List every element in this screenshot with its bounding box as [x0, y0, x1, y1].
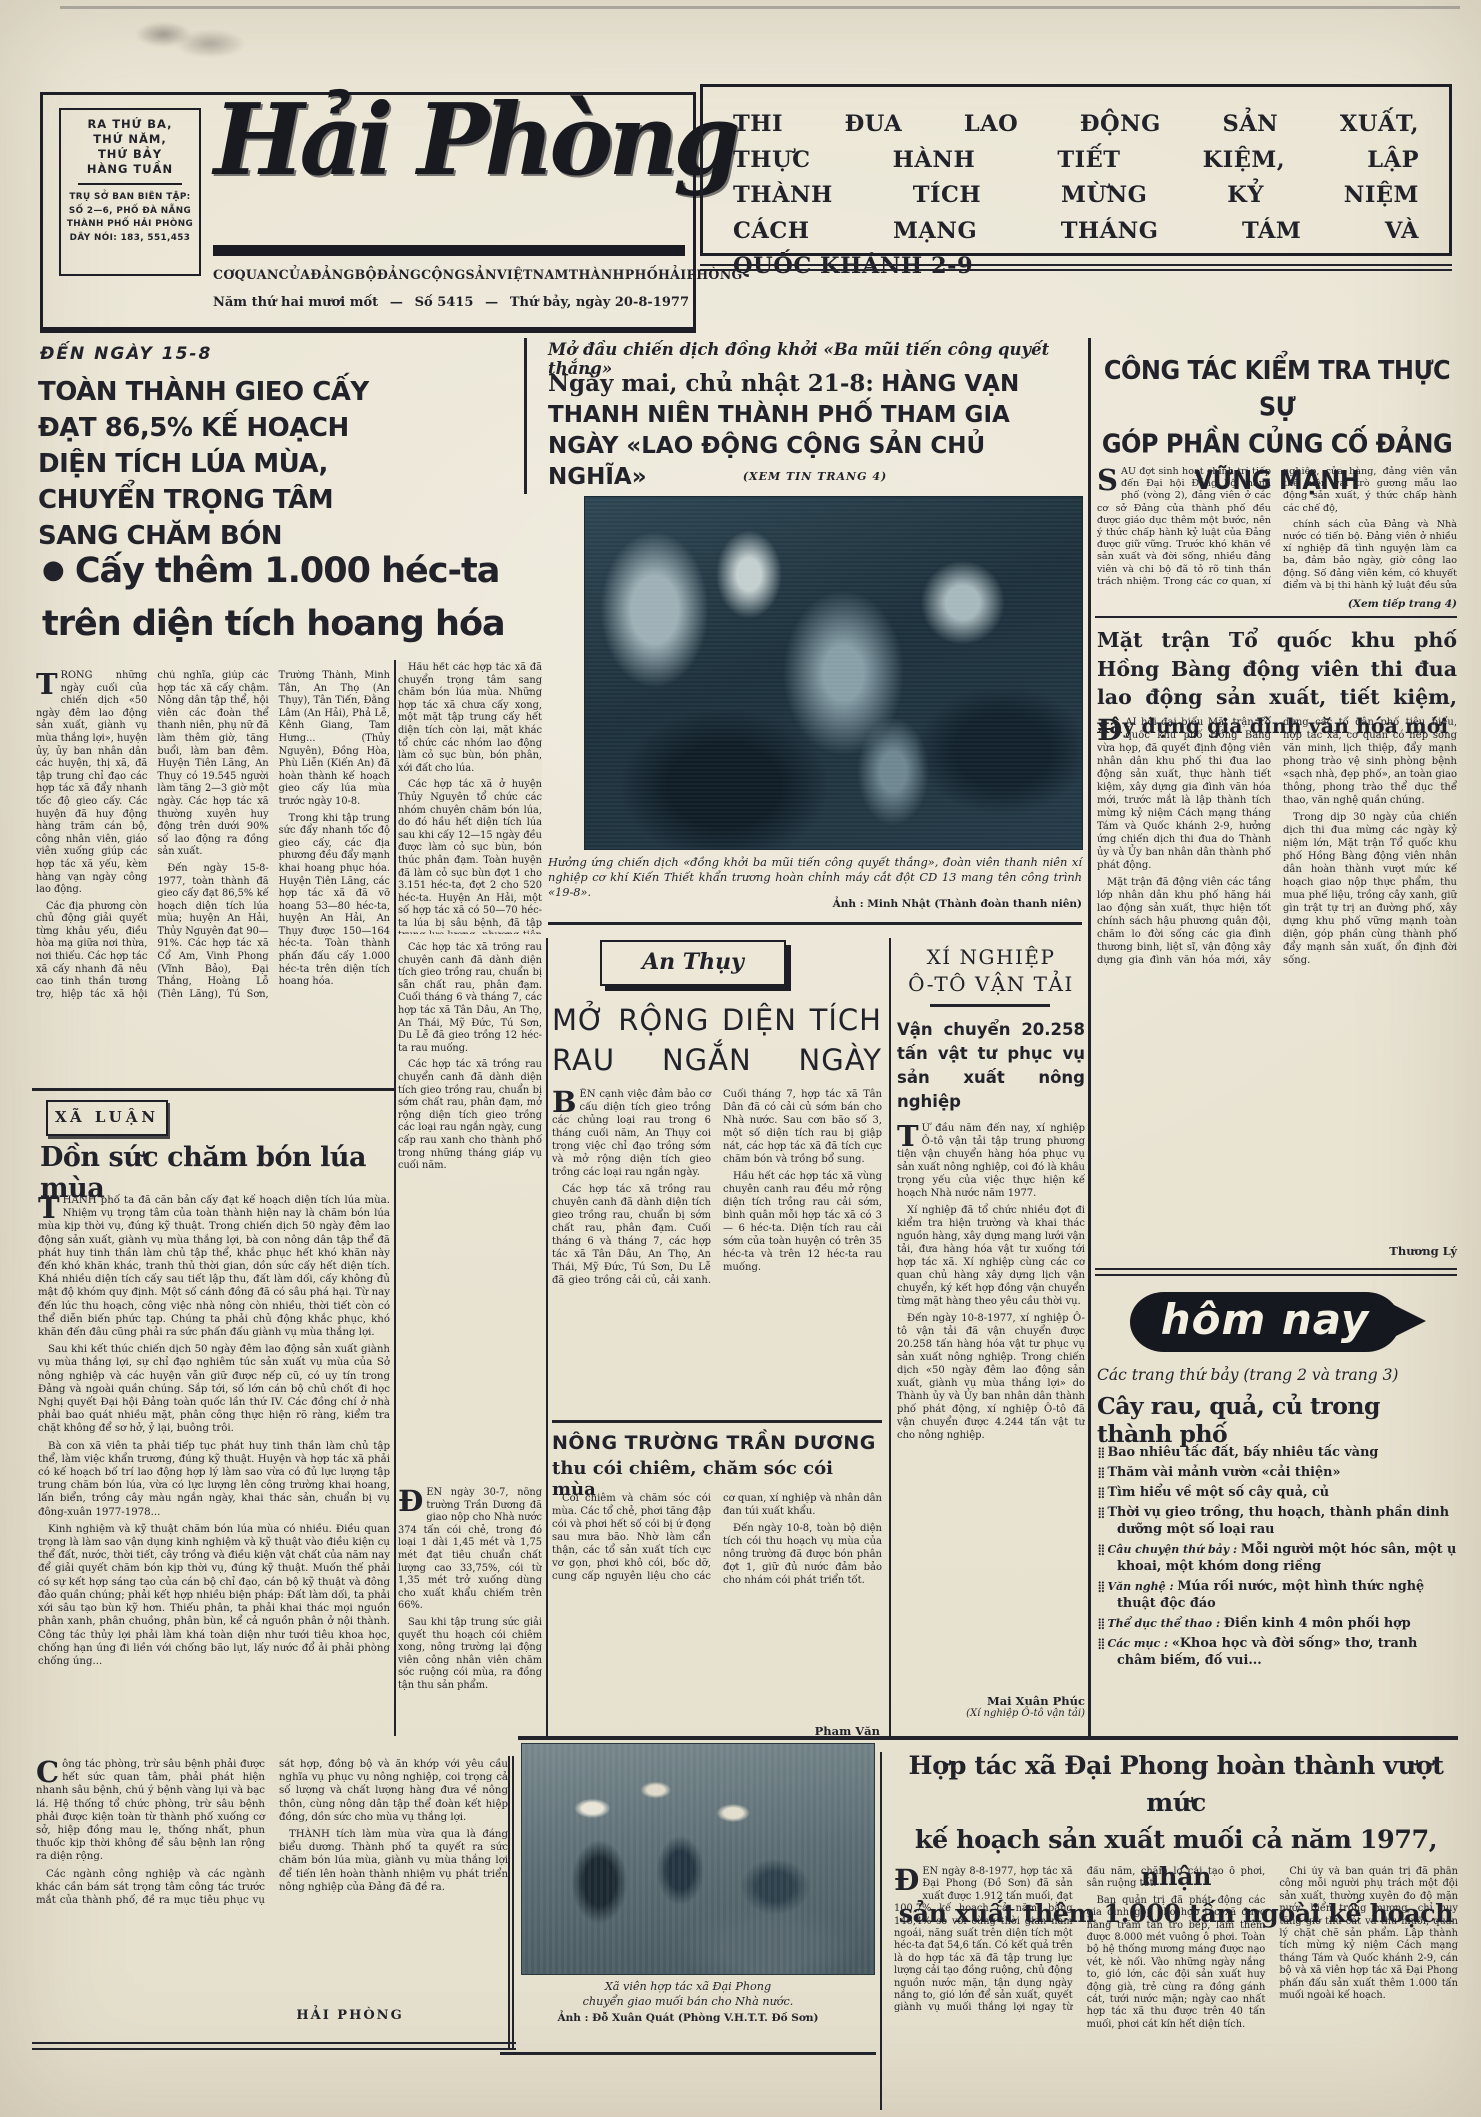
editorial-office-address: TRỤ SỞ BAN BIÊN TẬP:SỐ 2—6, PHỐ ĐÀ NẴNGT… [65, 191, 195, 245]
hom-nay-logo: hôm nay [1130, 1292, 1400, 1352]
farm-headline-line1: NÔNG TRƯỜNG TRẦN DƯƠNG [552, 1432, 882, 1454]
slogan-underline-rule [700, 264, 1452, 271]
hom-nay-headline: Cây rau, quả, củ trong thành phố [1097, 1392, 1457, 1448]
info-divider [78, 183, 182, 185]
section-rule [1095, 616, 1457, 618]
masthead-box: RA THỨ BA,THỨ NĂM,THỨ BẢYHÀNG TUẦN TRỤ S… [40, 92, 696, 330]
workshop-photo [585, 497, 1082, 849]
slogan-line: CÁCHMẠNGTHÁNGTÁMVÀ [733, 214, 1419, 250]
farm-side-column: ĐẾN ngày 30-7, nông trường Trần Dương đã… [398, 1487, 542, 1753]
publication-info-box: RA THỨ BA,THỨ NĂM,THỨ BẢYHÀNG TUẦN TRỤ S… [59, 108, 201, 276]
lead-headline: TOÀN THÀNH GIEO CẤY ĐẠT 86,5% KẾ HOẠCH D… [38, 374, 392, 554]
slogan-line: THÀNHTÍCHMỪNGKỶNIỆM [733, 178, 1419, 214]
lead-subhead: ● Cấy thêm 1.000 héc-ta trên diện tích h… [42, 544, 588, 651]
an-thuy-side-column: Các hợp tác xã trồng rau chuyên canh đã … [398, 942, 542, 1480]
editorial-body: THÀNH phố ta đã căn bản cấy đạt kế hoạch… [38, 1194, 390, 1746]
oto-article-body: TỪ đầu năm đến nay, xí nghiệp Ô-tô vận t… [897, 1122, 1085, 1692]
workshop-photo-caption: Hưởng ứng chiến dịch «đồng khởi ba mũi t… [548, 855, 1082, 900]
column-rule [394, 660, 396, 1736]
editorial-label: XÃ LUẬN [46, 1100, 168, 1136]
oto-byline-org: (Xí nghiệp Ô-tô vận tải) [897, 1708, 1085, 1719]
see-page-note: (XEM TIN TRANG 4) [548, 470, 1082, 483]
oto-section-header: XÍ NGHIỆP Ô-TÔ VẬN TẢI [897, 944, 1085, 998]
salt-photo-caption: Xã viên hợp tác xã Đại Phongchuyển giao … [500, 1980, 876, 2009]
volume-label: Năm thứ hai mươi mốt [213, 295, 378, 310]
bullet-icon: ● [42, 555, 64, 585]
bottom-band-rule [518, 1736, 1458, 1740]
editorial-body-bottom: Công tác phòng, trừ sâu bệnh phải được h… [36, 1758, 508, 2034]
slogan-line: THỰCHÀNHTIẾTKIỆM,LẬP [733, 143, 1419, 179]
hom-nay-note: Các trang thứ bảy (trang 2 và trang 3) [1097, 1366, 1457, 1384]
lead-article-side-column: Hầu hết các hợp tác xã đã chuyển trọng t… [398, 662, 542, 934]
oto-byline-name: Mai Xuân Phúc [897, 1694, 1085, 1708]
an-thuy-headline-line2: RAUNGẮNNGÀY [552, 1040, 882, 1080]
hom-nay-contents-list: Bao nhiêu tấc đất, bấy nhiêu tấc vàngThă… [1097, 1444, 1459, 1724]
hom-nay-logo-tail [1392, 1304, 1426, 1338]
lead-article-body: TRONG những ngày cuối của chiến dịch «50… [36, 670, 390, 1084]
logo-underline-bar [213, 245, 685, 256]
caption-rule [500, 2052, 876, 2055]
caption-rule [548, 922, 1082, 925]
issue-number: Số 5415 [415, 295, 474, 310]
section-rule [552, 1420, 882, 1423]
separator-dash: — [485, 295, 498, 310]
editorial-signature: HẢI PHÒNG [260, 2008, 440, 2023]
oto-header-line2: Ô-TÔ VẬN TẢI [897, 971, 1085, 998]
column-rule [1088, 338, 1091, 1736]
issue-row: Năm thứ hai mươi mốt — Số 5415 — Thứ bảy… [213, 295, 689, 310]
youth-headline-prefix: Ngày mai, chủ nhật 21-8: [548, 370, 874, 397]
publication-schedule: RA THỨ BA,THỨ NĂM,THỨ BẢYHÀNG TUẦN [65, 117, 195, 177]
an-thuy-headline-line1: MỞRỘNGDIỆNTÍCH [552, 1000, 882, 1040]
oto-header-underline [930, 1004, 1050, 1007]
column-rule [524, 338, 527, 494]
newspaper-logo: Hải Phòng [214, 83, 684, 243]
column-rule [546, 938, 548, 1736]
lead-subhead-line1: Cấy thêm 1.000 héc-ta [75, 551, 500, 591]
mat-tran-article-body: ĐẠI hội đại biểu Mặt trận Tổ quốc khu ph… [1097, 716, 1457, 1244]
inspection-article-body: SAU đợt sinh hoạt chính trị tiếp đến Đại… [1097, 466, 1457, 598]
column-rule [889, 938, 891, 1736]
organ-line: CƠQUANCỦAĐẢNGBỘĐẢNGCỘNGSẢNVIỆTNAMTHÀNHPH… [213, 267, 689, 282]
lead-subhead-line2: trên diện tích hoang hóa [42, 598, 588, 651]
issue-date: Thứ bảy, ngày 20-8-1977 [510, 295, 689, 310]
lead-kicker: ĐẾN NGÀY 15-8 [40, 344, 380, 364]
an-thuy-section-tab: An Thụy [600, 940, 786, 986]
section-double-rule [1095, 1268, 1457, 1276]
bottom-band-column-rule [880, 1752, 882, 2110]
slogan-box: THIĐUALAOĐỘNGSẢNXUẤT, THỰCHÀNHTIẾTKIỆM,L… [700, 84, 1452, 256]
salt-photo-credit: Ảnh : Đỗ Xuân Quát (Phòng V.H.T.T. Đồ Sơ… [500, 2012, 876, 2024]
editorial-top-rule [32, 1088, 394, 1091]
farm-article-body: Cói chiêm và chăm sóc cói mùa. Các tổ ch… [552, 1492, 882, 1718]
stamp-smudge [128, 16, 246, 62]
continued-note: (Xem tiếp trang 4) [1097, 598, 1457, 610]
salt-field-photo [522, 1744, 874, 1974]
separator-dash: — [390, 295, 403, 310]
an-thuy-headline: MỞRỘNGDIỆNTÍCH RAUNGẮNNGÀY [552, 1000, 882, 1080]
newspaper-page: RA THỨ BA,THỨ NĂM,THỨ BẢYHÀNG TUẦN TRỤ S… [0, 0, 1481, 2117]
an-thuy-article-body: BÊN cạnh việc đảm bảo cơ cấu diện tích g… [552, 1088, 882, 1416]
workshop-photo-credit: Ảnh : Minh Nhật (Thành đoàn thanh niên) [548, 898, 1082, 910]
page-top-edge [60, 6, 1460, 9]
slogan-line: THIĐUALAOĐỘNGSẢNXUẤT, [733, 107, 1419, 143]
editorial-frame-bottom [32, 2042, 516, 2050]
salt-article-body: ĐẾN ngày 8-8-1977, hợp tác xã Đại Phong … [894, 1866, 1458, 2112]
mat-tran-byline: Thương Lý [1277, 1244, 1457, 1258]
oto-header-line1: XÍ NGHIỆP [897, 944, 1085, 971]
oto-byline: Mai Xuân Phúc (Xí nghiệp Ô-tô vận tải) [897, 1694, 1085, 1719]
oto-deck: Vận chuyển 20.258 tấn vật tư phục vụ sản… [897, 1018, 1085, 1114]
